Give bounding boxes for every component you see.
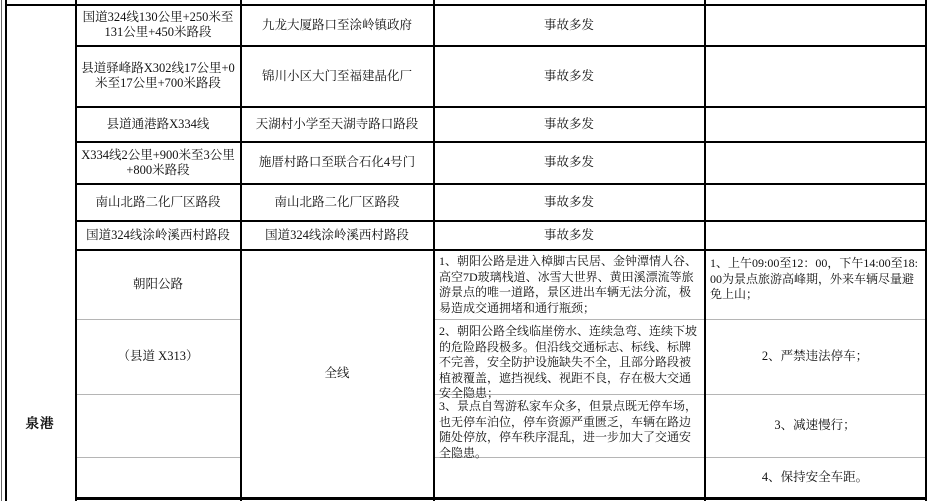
problem-paragraph-3: 3、景点自驾游私家车众多，但景点既无停车场，也无停车泊位，停车资源严重匮乏，车辆… — [435, 396, 703, 456]
road-cell: 县道驿峰路X302线17公里+0米至17公里+700米路段 — [77, 47, 239, 105]
section-cell: 锦川小区大门至福建晶化厂 — [242, 47, 432, 105]
issue-cell: 事故多发 — [435, 47, 703, 105]
problem-paragraph-1: 1、朝阳公路是进入樟脚古民居、金钟潭情人谷、高空7D玻璃栈道、冰雪大世界、黄田溪… — [435, 251, 703, 318]
subrow-divider — [435, 319, 704, 320]
road-safety-table: 泉港 国道324线130公里+250米至131公里+450米路段 九龙大厦路口至… — [0, 0, 930, 501]
road-name-cell: 朝阳公路 — [77, 251, 239, 318]
measure-cell-3: 3、减速慢行； — [706, 395, 924, 456]
section-cell: 天湖村小学至天湖寺路口路段 — [242, 108, 432, 140]
road-scope-cell: 全线 — [242, 251, 432, 496]
road-cell: 南山北路二化厂区路段 — [77, 185, 239, 219]
road-cell: X334线2公里+900米至3公里+800米路段 — [77, 143, 239, 182]
problem-paragraph-2: 2、朝阳公路全线临崖傍水、连续急弯、连续下坡的危险路段极多。但沿线交通标志、标线… — [435, 321, 703, 393]
issue-cell: 事故多发 — [435, 6, 703, 44]
road-cell: 国道324线130公里+250米至131公里+450米路段 — [77, 6, 239, 44]
road-alias-cell: （县道 X313） — [77, 320, 239, 393]
section-cell: 南山北路二化厂区路段 — [242, 185, 432, 219]
subrow-divider — [77, 394, 240, 395]
group-bottom-border — [75, 497, 927, 500]
measure-cell-1: 1、上午09:00至12：00，下午14:00至18:00为景点旅游高峰期，外来… — [706, 253, 924, 318]
road-cell: 国道324线涂岭溪西村路段 — [77, 222, 239, 248]
section-cell: 九龙大厦路口至涂岭镇政府 — [242, 6, 432, 44]
issue-cell: 事故多发 — [435, 222, 703, 248]
issue-cell: 事故多发 — [435, 143, 703, 182]
issue-cell: 事故多发 — [435, 185, 703, 219]
issue-cell: 事故多发 — [435, 108, 703, 140]
measure-cell-4: 4、保持安全车距。 — [706, 458, 924, 496]
road-cell: 县道通港路X334线 — [77, 108, 239, 140]
measure-cell-2: 2、严禁违法停车； — [706, 320, 924, 393]
table-outer-left-border — [1, 0, 2, 501]
section-cell: 施厝村路口至联合石化4号门 — [242, 143, 432, 182]
subrow-divider — [77, 457, 240, 458]
section-cell: 国道324线涂岭溪西村路段 — [242, 222, 432, 248]
region-label: 泉港 — [5, 408, 75, 436]
